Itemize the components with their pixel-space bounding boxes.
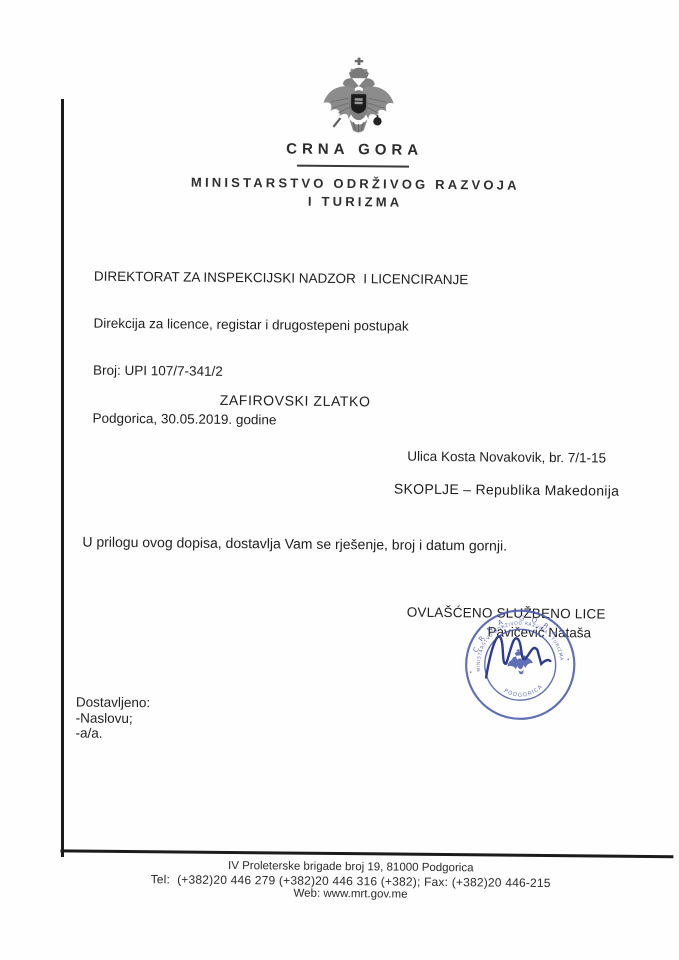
distribution-block: Dostavljeno: -Naslovu; -a/a. (75, 694, 150, 741)
body-paragraph: U prilogu ovog dopisa, dostavlja Vam se … (82, 534, 507, 554)
ministry-name-line2: I TURIZMA (29, 191, 679, 212)
handwritten-signature (482, 627, 553, 684)
directorate-line: DIREKTORAT ZA INSPEKCIJSKI NADZOR I LICE… (94, 268, 468, 287)
country-name: CRNA GORA (27, 138, 679, 161)
distribution-label: Dostavljeno: (76, 694, 150, 710)
stamp-right-dot: • (567, 657, 570, 663)
footer-divider-line (60, 849, 673, 857)
case-number-line: Broj: UPI 107/7-341/2 (93, 363, 467, 382)
montenegro-coat-of-arms-icon (320, 56, 397, 141)
document-page: CRNA GORA MINISTARSTVO ODRŽIVOG RAZVOJA … (0, 0, 679, 960)
distribution-item-naslovu: -Naslovu; (76, 710, 150, 726)
stamp-left-dot: • (469, 670, 472, 676)
letterhead-block: DIREKTORAT ZA INSPEKCIJSKI NADZOR I LICE… (92, 237, 468, 462)
scanned-letter-content: CRNA GORA MINISTARSTVO ODRŽIVOG RAZVOJA … (0, 0, 679, 960)
recipient-city: SKOPLJE – Republika Makedonija (394, 481, 619, 499)
place-date-line: Podgorica, 30.05.2019. godine (93, 410, 467, 429)
recipient-street: Ulica Kosta Novakovik, br. 7/1-15 (407, 449, 606, 466)
department-line: Direkcija za licence, registar i drugost… (93, 316, 467, 335)
header-divider (297, 165, 409, 168)
recipient-name: ZAFIROVSKI ZLATKO (220, 392, 371, 409)
distribution-item-aa: -a/a. (75, 725, 149, 741)
